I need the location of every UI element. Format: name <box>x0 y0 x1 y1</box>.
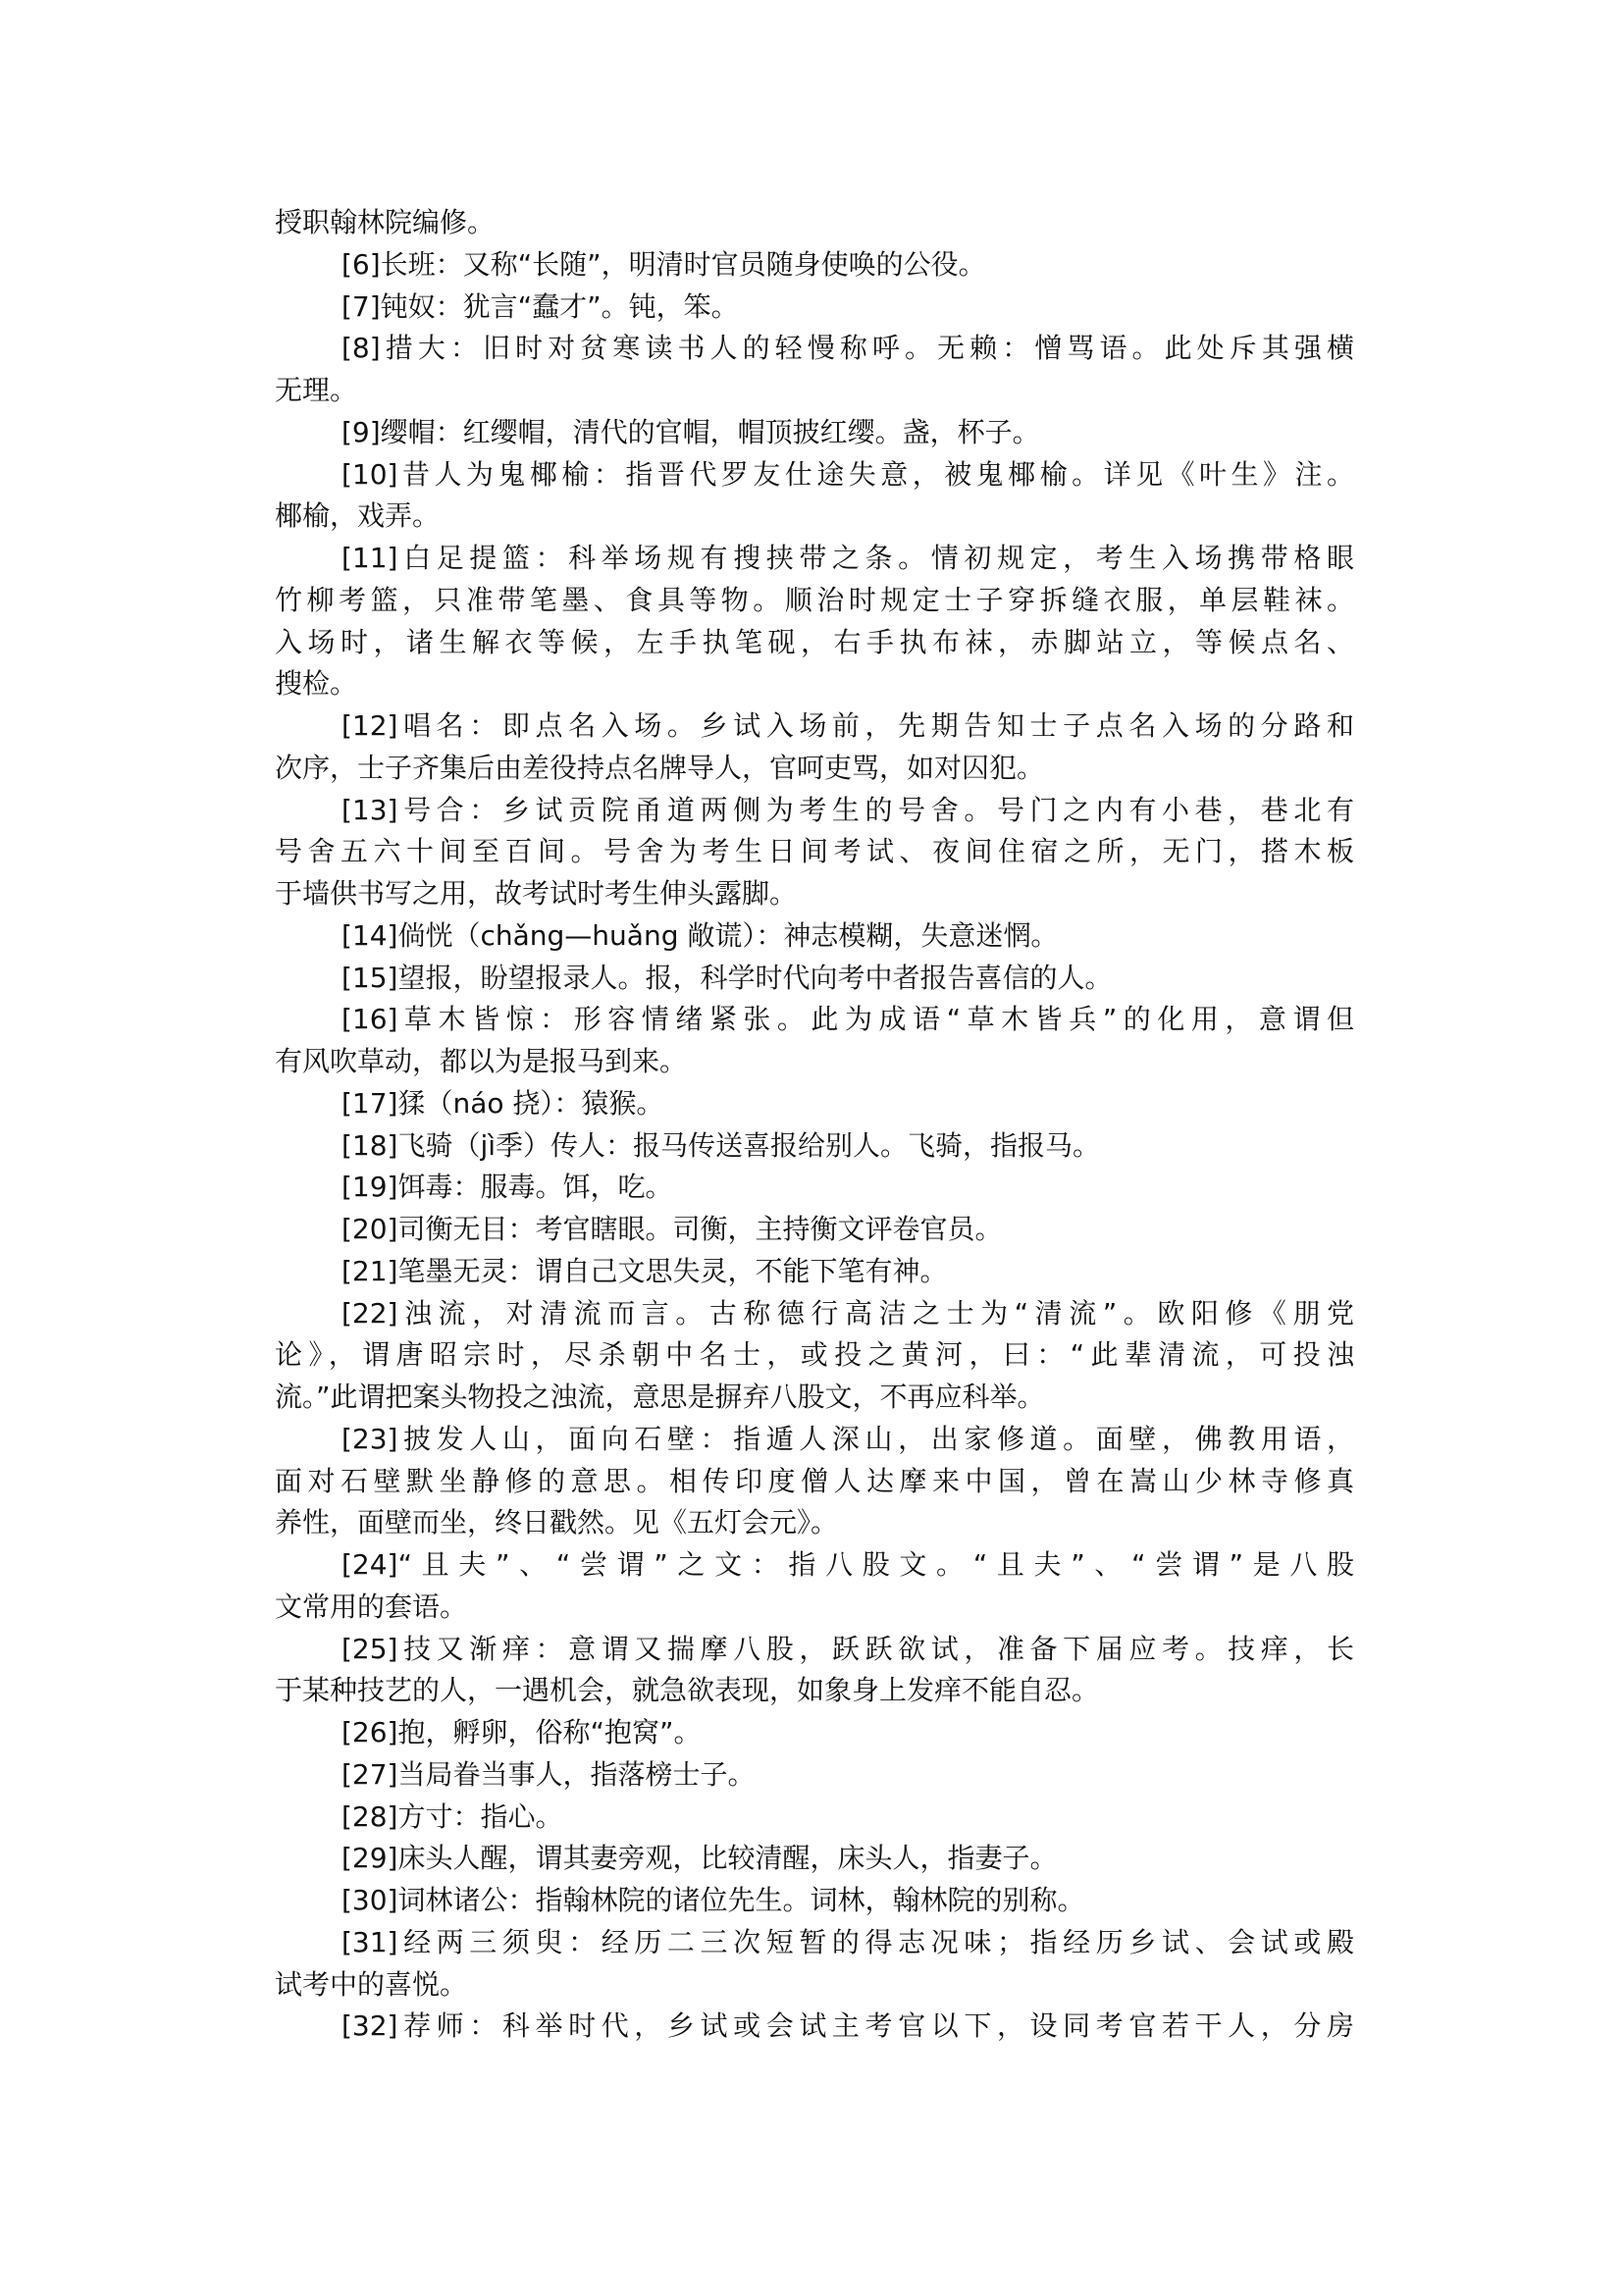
note-entry-line: [21]笔墨无灵：谓自己文思失灵，不能下笔有神。 <box>275 1251 1354 1293</box>
note-entry-line: [8]措大：旧时对贫寒读书人的轻慢称呼。无赖：憎骂语。此处斥其强横 <box>275 328 1354 370</box>
note-continuation-line: 论》，谓唐昭宗时，尽杀朝中名士，或投之黄河，曰：“此辈清流，可投浊 <box>275 1334 1354 1377</box>
note-entry-line: [11]白足提篮：科举场规有搜挟带之条。情初规定，考生入场携带格眼 <box>275 538 1354 580</box>
note-entry-line: [10]昔人为鬼椰榆：指晋代罗友仕途失意，被鬼椰榆。详见《叶生》注。 <box>275 454 1354 496</box>
note-entry-line: [22]浊流，对清流而言。古称德行高洁之士为“清流”。欧阳修《朋党 <box>275 1293 1354 1335</box>
note-continuation-line: 次序，士子齐集后由差役持点名牌导人，官呵吏骂，如对囚犯。 <box>275 748 1354 790</box>
note-entry-line: [23]披发人山，面向石壁：指遁人深山，出家修道。面壁，佛教用语， <box>275 1419 1354 1461</box>
note-continuation-line: 养性，面壁而坐，终日戳然。见《五灯会元》。 <box>275 1502 1354 1544</box>
note-entry-line: [19]饵毒：服毒。饵，吃。 <box>275 1167 1354 1209</box>
note-entry-line: [31]经两三须臾：经历二三次短暂的得志况味；指经历乡试、会试或殿 <box>275 1922 1354 1964</box>
note-entry-line: [14]倘恍（chǎng—huǎng 敞谎）：神志模糊，失意迷惘。 <box>275 915 1354 958</box>
note-continuation-line: 无理。 <box>275 370 1354 412</box>
note-entry-line: [17]猱（náo 挠）：猿猴。 <box>275 1083 1354 1125</box>
note-continuation-line: 号舍五六十间至百间。号舍为考生日间考试、夜间住宿之所，无门，搭木板 <box>275 831 1354 873</box>
note-continuation-line: 于墙供书写之用，故考试时考生伸头露脚。 <box>275 873 1354 915</box>
note-continuation-line: 文常用的套语。 <box>275 1587 1354 1629</box>
note-entry-line: [7]钝奴：犹言“蠢才”。钝，笨。 <box>275 287 1354 329</box>
note-entry-line: [25]技又渐痒：意谓又揣摩八股，跃跃欲试，准备下届应考。技痒，长 <box>275 1629 1354 1671</box>
note-entry-line: [16]草木皆惊：形容情绪紧张。此为成语“草木皆兵”的化用，意谓但 <box>275 999 1354 1041</box>
note-entry-line: [29]床头人醒，谓其妻旁观，比较清醒，床头人，指妻子。 <box>275 1838 1354 1880</box>
note-continuation-line: 于某种技艺的人，一遇机会，就急欲表现，如象身上发痒不能自忍。 <box>275 1670 1354 1712</box>
note-continuation-line: 入场时，诸生解衣等候，左手执笔砚，右手执布袜，赤脚站立，等候点名、 <box>275 622 1354 664</box>
note-entry-line: [6]长班：又称“长随”，明清时官员随身使唤的公役。 <box>275 244 1354 287</box>
note-continuation-line: 试考中的喜悦。 <box>275 1964 1354 2007</box>
note-entry-line: [13]号合：乡试贡院甬道两侧为考生的号舍。号门之内有小巷，巷北有 <box>275 790 1354 832</box>
note-continuation-line: 面对石壁默坐静修的意思。相传印度僧人达摩来中国，曾在嵩山少林寺修真 <box>275 1461 1354 1503</box>
document-page: 授职翰林院编修。[6]长班：又称“长随”，明清时官员随身使唤的公役。[7]钝奴：… <box>0 0 1624 2294</box>
note-entry-line: [32]荐师：科举时代，乡试或会试主考官以下，设同考官若干人，分房 <box>275 2006 1354 2048</box>
annotation-notes-text: 授职翰林院编修。[6]长班：又称“长随”，明清时官员随身使唤的公役。[7]钝奴：… <box>275 202 1354 2048</box>
note-entry-line: [28]方寸：指心。 <box>275 1797 1354 1839</box>
note-entry-line: [12]唱名：即点名入场。乡试入场前，先期告知士子点名入场的分路和 <box>275 705 1354 748</box>
note-entry-line: [9]缨帽：红缨帽，清代的官帽，帽顶披红缨。盏，杯子。 <box>275 412 1354 454</box>
note-continuation-line: 椰榆，戏弄。 <box>275 495 1354 538</box>
note-entry-line: [20]司衡无目：考官瞎眼。司衡，主持衡文评卷官员。 <box>275 1209 1354 1251</box>
note-entry-line: [15]望报，盼望报录人。报，科学时代向考中者报告喜信的人。 <box>275 958 1354 1000</box>
note-continuation-line: 流。”此谓把案头物投之浊流，意思是摒弃八股文，不再应科举。 <box>275 1377 1354 1419</box>
note-entry-line: [18]飞骑（jì季）传人：报马传送喜报给别人。飞骑，指报马。 <box>275 1125 1354 1168</box>
note-entry-line: [30]词林诸公：指翰林院的诸位先生。词林，翰林院的别称。 <box>275 1880 1354 1922</box>
note-entry-line: [26]抱，孵卵，俗称“抱窝”。 <box>275 1712 1354 1754</box>
note-continuation-line: 授职翰林院编修。 <box>275 202 1354 244</box>
note-continuation-line: 搜检。 <box>275 663 1354 705</box>
note-entry-line: [27]当局眷当事人，指落榜士子。 <box>275 1754 1354 1797</box>
note-continuation-line: 有风吹草动，都以为是报马到来。 <box>275 1041 1354 1083</box>
note-entry-line: [24]“且夫”、“尝谓”之文：指八股文。“且夫”、“尝谓”是八股 <box>275 1544 1354 1587</box>
note-continuation-line: 竹柳考篮，只准带笔墨、食具等物。顺治时规定士子穿拆缝衣服，单层鞋袜。 <box>275 580 1354 622</box>
